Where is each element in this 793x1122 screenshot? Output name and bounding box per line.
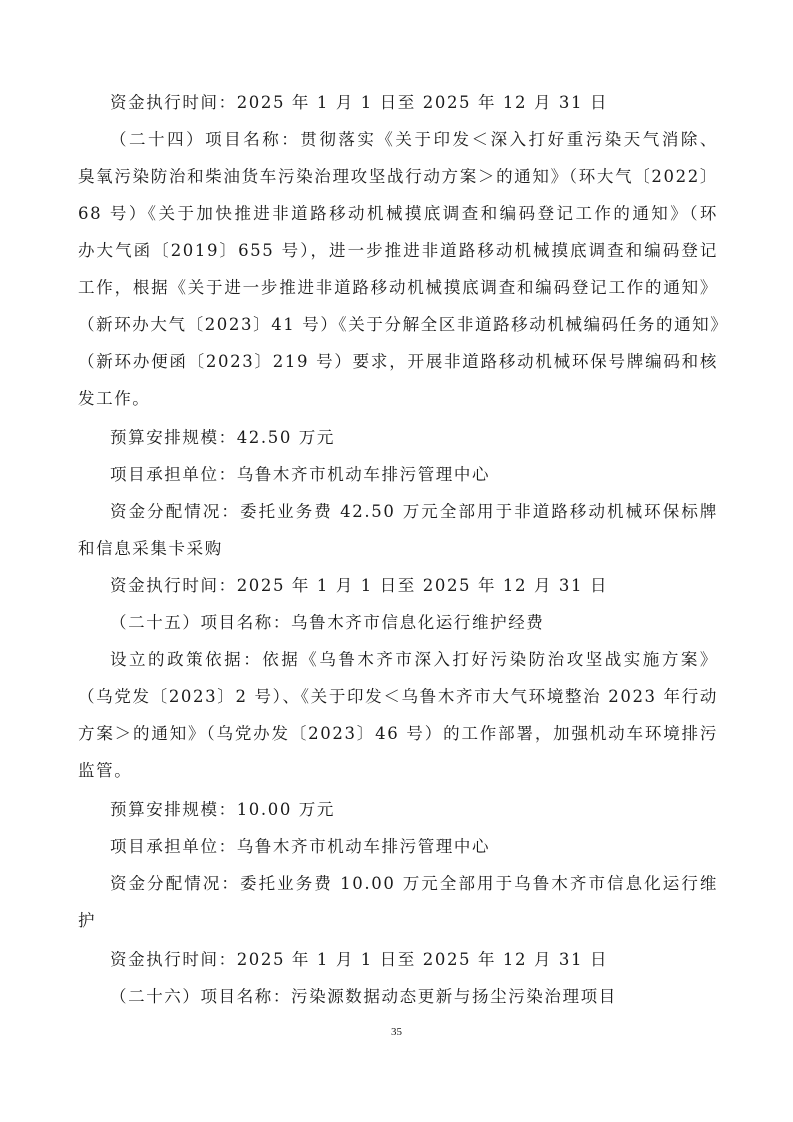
project-24-title-line: （二十四）项目名称：贯彻落实《关于印发＜深入打好重污染天气消除、: [110, 130, 718, 150]
responsible-unit-line: 项目承担单位：乌鲁木齐市机动车排污管理中心: [110, 837, 750, 857]
paragraph-line: 发工作。: [78, 389, 718, 409]
paragraph-line: 臭氧污染防治和柴油货车污染治理攻坚战行动方案＞的通知》（环大气〔2022〕: [78, 167, 718, 187]
document-page: 资金执行时间：2025 年 1 月 1 日至 2025 年 12 月 31 日 …: [0, 0, 793, 1122]
fund-allocation-line: 资金分配情况：委托业务费 10.00 万元全部用于乌鲁木齐市信息化运行维: [110, 874, 718, 894]
funding-period-line: 资金执行时间：2025 年 1 月 1 日至 2025 年 12 月 31 日: [110, 576, 750, 596]
policy-basis-line: 设立的政策依据：依据《乌鲁木齐市深入打好污染防治攻坚战实施方案》: [110, 650, 718, 670]
paragraph-line: 监管。: [78, 761, 718, 781]
paragraph-line: 办大气函〔2019〕655 号），进一步推进非道路移动机械摸底调查和编码登记: [78, 241, 718, 261]
funding-period-line: 资金执行时间：2025 年 1 月 1 日至 2025 年 12 月 31 日: [110, 93, 750, 113]
paragraph-line: （新环办大气〔2023〕41 号）《关于分解全区非道路移动机械编码任务的通知》: [78, 315, 718, 335]
paragraph-line: 方案＞的通知》（乌党办发〔2023〕46 号）的工作部署，加强机动车环境排污: [78, 724, 718, 744]
project-26-title-line: （二十六）项目名称：污染源数据动态更新与扬尘污染治理项目: [110, 987, 750, 1007]
paragraph-line: （新环办便函〔2023〕219 号）要求，开展非道路移动机械环保号牌编码和核: [78, 352, 718, 372]
fund-allocation-line-cont: 护: [78, 911, 718, 931]
paragraph-line: 工作，根据《关于进一步推进非道路移动机械摸底调查和编码登记工作的通知》: [78, 278, 718, 298]
budget-scale-line: 预算安排规模：10.00 万元: [110, 800, 750, 820]
paragraph-line: 68 号）《关于加快推进非道路移动机械摸底调查和编码登记工作的通知》（环: [78, 204, 718, 224]
fund-allocation-line-cont: 和信息采集卡采购: [78, 539, 718, 559]
responsible-unit-line: 项目承担单位：乌鲁木齐市机动车排污管理中心: [110, 465, 750, 485]
funding-period-line: 资金执行时间：2025 年 1 月 1 日至 2025 年 12 月 31 日: [110, 950, 750, 970]
paragraph-line: （乌党发〔2023〕2 号）、《关于印发＜乌鲁木齐市大气环境整治 2023 年行…: [78, 687, 718, 707]
fund-allocation-line: 资金分配情况：委托业务费 42.50 万元全部用于非道路移动机械环保标牌: [110, 502, 718, 522]
project-25-title-line: （二十五）项目名称：乌鲁木齐市信息化运行维护经费: [110, 613, 750, 633]
budget-scale-line: 预算安排规模：42.50 万元: [110, 428, 750, 448]
page-number: 35: [0, 1026, 793, 1038]
